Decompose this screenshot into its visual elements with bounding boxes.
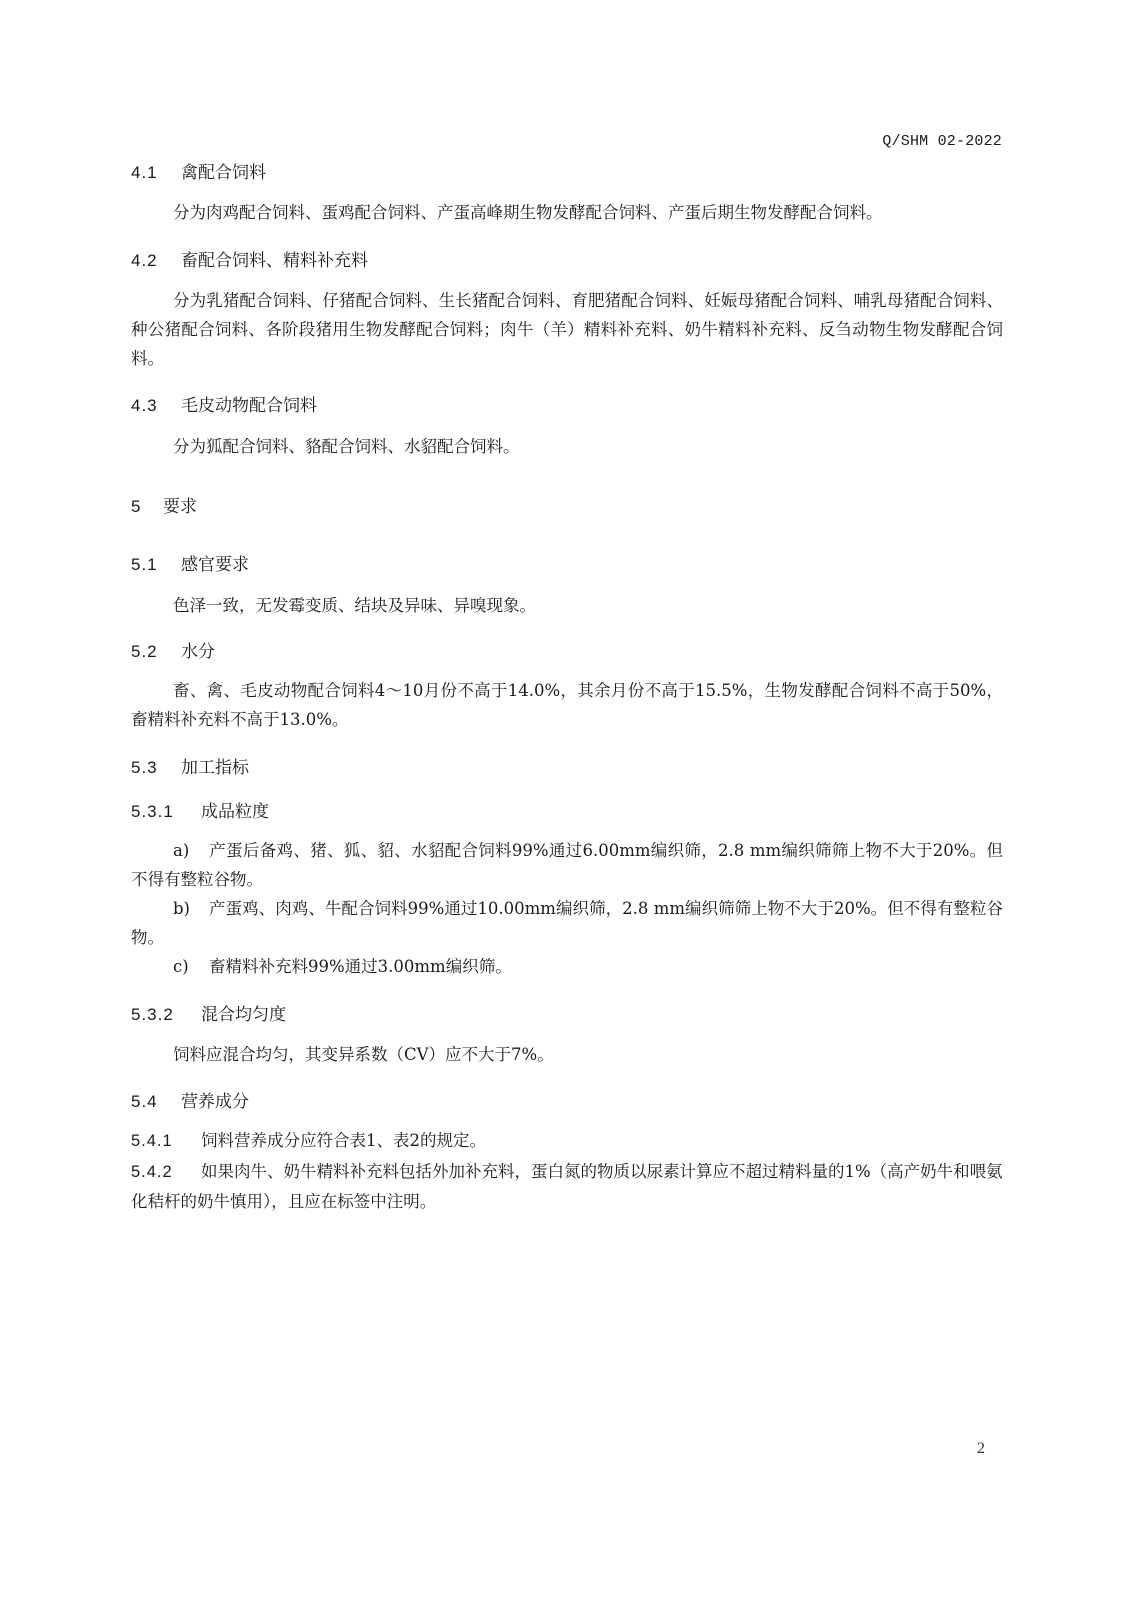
- section-title: 畜配合饲料、精料补充料: [181, 251, 368, 271]
- section-number: 4.2: [131, 251, 181, 271]
- paragraph-5-1: 色泽一致，无发霉变质、结块及异味、异嗅现象。: [131, 591, 1003, 620]
- paragraph-5-2: 畜、禽、毛皮动物配合饲料4～10月份不高于14.0%，其余月份不高于15.5%，…: [131, 676, 1003, 734]
- heading-4-2: 4.2畜配合饲料、精料补充料: [131, 246, 1003, 271]
- clause-text: 如果肉牛、奶牛精料补充料包括外加补充料，蛋白氮的物质以尿素计算应不超过精料量的1…: [131, 1162, 1003, 1211]
- section-number: 5.3.2: [131, 1005, 201, 1025]
- heading-5-3-1: 5.3.1成品粒度: [131, 797, 1003, 822]
- section-title: 感官要求: [181, 555, 249, 575]
- heading-5-3-2: 5.3.2混合均匀度: [131, 1000, 1003, 1025]
- clause-5-4-1: 5.4.1饲料营养成分应符合表1、表2的规定。: [131, 1126, 1003, 1156]
- section-title: 成品粒度: [201, 802, 269, 822]
- section-title: 水分: [181, 642, 215, 662]
- section-title: 混合均匀度: [201, 1005, 286, 1025]
- paragraph-5-3-2: 饲料应混合均匀，其变异系数（CV）应不大于7%。: [131, 1040, 1003, 1069]
- section-title: 要求: [163, 497, 197, 517]
- list-marker: c): [173, 952, 209, 981]
- section-title: 禽配合饲料: [181, 163, 266, 183]
- list-marker: a): [173, 836, 209, 865]
- section-title: 营养成分: [181, 1092, 249, 1112]
- clause-text: 饲料营养成分应符合表1、表2的规定。: [201, 1131, 486, 1150]
- section-number: 5.3: [131, 758, 181, 778]
- list-item-text: 产蛋鸡、肉鸡、牛配合饲料99%通过10.00mm编织筛，2.8 mm编织筛筛上物…: [131, 899, 1003, 947]
- section-number: 5: [131, 497, 163, 517]
- section-number: 5.1: [131, 555, 181, 575]
- section-number: 5.2: [131, 642, 181, 662]
- paragraph-4-2: 分为乳猪配合饲料、仔猪配合饲料、生长猪配合饲料、育肥猪配合饲料、妊娠母猪配合饲料…: [131, 286, 1003, 373]
- standard-code: Q/SHM 02-2022: [882, 133, 1002, 150]
- paragraph-4-3: 分为狐配合饲料、貉配合饲料、水貂配合饲料。: [131, 432, 1003, 461]
- section-title: 毛皮动物配合饲料: [181, 396, 317, 416]
- heading-5-3: 5.3加工指标: [131, 753, 1003, 778]
- section-number: 4.1: [131, 163, 181, 183]
- list-marker: b): [173, 894, 209, 923]
- section-number: 5.4: [131, 1092, 181, 1112]
- heading-4-3: 4.3毛皮动物配合饲料: [131, 391, 1003, 416]
- granularity-list: a)产蛋后备鸡、猪、狐、貂、水貂配合饲料99%通过6.00mm编织筛，2.8 m…: [131, 836, 1003, 981]
- clause-5-4-2: 5.4.2如果肉牛、奶牛精料补充料包括外加补充料，蛋白氮的物质以尿素计算应不超过…: [131, 1157, 1003, 1216]
- section-number: 5.3.1: [131, 802, 201, 822]
- list-item-text: 畜精料补充料99%通过3.00mm编织筛。: [209, 957, 512, 976]
- heading-5: 5要求: [131, 492, 1003, 517]
- heading-5-1: 5.1感官要求: [131, 550, 1003, 575]
- clause-number: 5.4.1: [131, 1127, 201, 1156]
- list-item-b: b)产蛋鸡、肉鸡、牛配合饲料99%通过10.00mm编织筛，2.8 mm编织筛筛…: [131, 894, 1003, 952]
- list-item-a: a)产蛋后备鸡、猪、狐、貂、水貂配合饲料99%通过6.00mm编织筛，2.8 m…: [131, 836, 1003, 894]
- page-number: 2: [977, 1440, 985, 1458]
- list-item-c: c)畜精料补充料99%通过3.00mm编织筛。: [131, 952, 1003, 981]
- clause-number: 5.4.2: [131, 1158, 201, 1187]
- list-item-text: 产蛋后备鸡、猪、狐、貂、水貂配合饲料99%通过6.00mm编织筛，2.8 mm编…: [131, 841, 1003, 889]
- heading-4-1: 4.1禽配合饲料: [131, 158, 1003, 183]
- heading-5-4: 5.4营养成分: [131, 1087, 1003, 1112]
- heading-5-2: 5.2水分: [131, 637, 1003, 662]
- paragraph-4-1: 分为肉鸡配合饲料、蛋鸡配合饲料、产蛋高峰期生物发酵配合饲料、产蛋后期生物发酵配合…: [131, 198, 1003, 227]
- section-title: 加工指标: [181, 758, 249, 778]
- section-number: 4.3: [131, 396, 181, 416]
